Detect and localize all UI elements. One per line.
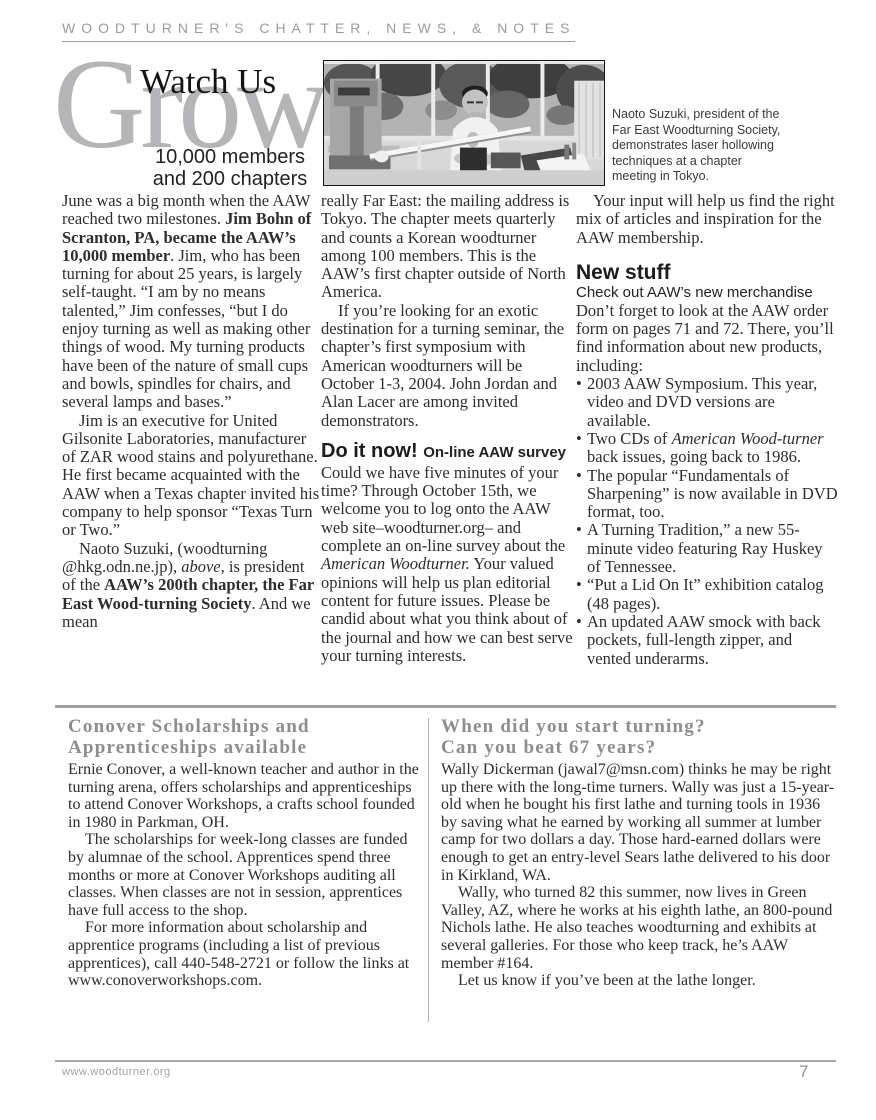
- product-bullet-item: 2003 AAW Symposium. This year, video and…: [576, 375, 839, 430]
- paragraph: June was a big month when the AAW reache…: [62, 192, 320, 412]
- paragraph: Your input will help us find the right m…: [576, 192, 839, 247]
- paragraph: For more information about scholarship a…: [68, 919, 422, 989]
- article-column-1: June was a big month when the AAW reache…: [62, 192, 320, 631]
- turning-age-section: When did you start turning? Can you beat…: [441, 716, 835, 990]
- merchandise-subheading: Check out AAW’s new merchandise: [576, 284, 839, 302]
- paragraph: If you’re looking for an exotic destinat…: [321, 302, 573, 430]
- conover-body: Ernie Conover, a well-known teacher and …: [68, 761, 422, 990]
- masthead-subtitle: 10,000 members and 200 chapters: [146, 146, 314, 190]
- column-divider-rule: [428, 718, 429, 1022]
- photo-illustration: [324, 61, 604, 185]
- do-it-now-heading: Do it now! On-line AAW survey: [321, 440, 573, 464]
- product-bullet-list: 2003 AAW Symposium. This year, video and…: [576, 375, 839, 668]
- paragraph: Naoto Suzuki, (woodturning @hkg.odn.ne.j…: [62, 540, 320, 631]
- chapter-meeting-photo: [323, 60, 605, 186]
- do-it-now-title: Do it now!: [321, 440, 418, 462]
- section-divider-rule: [55, 705, 836, 708]
- paragraph: Don’t forget to look at the AAW order fo…: [576, 302, 839, 375]
- product-bullet-item: Two CDs of American Wood-turner back iss…: [576, 430, 839, 467]
- footer-rule: [55, 1060, 836, 1062]
- magazine-page: WOODTURNER'S CHATTER, NEWS, & NOTES Grow…: [0, 0, 876, 1120]
- paragraph: The scholarships for week-long classes a…: [68, 831, 422, 919]
- new-stuff-heading: New stuff: [576, 261, 839, 284]
- page-number: 7: [799, 1062, 808, 1082]
- article-column-2: really Far East: the mailing address is …: [321, 192, 573, 665]
- conover-heading: Conover Scholarships and Apprenticeships…: [68, 716, 422, 758]
- paragraph: really Far East: the mailing address is …: [321, 192, 573, 302]
- paragraph: Let us know if you’ve been at the lathe …: [441, 972, 835, 990]
- masthead-watch-us: Watch Us: [140, 62, 276, 102]
- paragraph: Could we have five minutes of your time?…: [321, 464, 573, 665]
- footer-url: www.woodturner.org: [62, 1066, 171, 1078]
- paragraph: Jim is an executive for United Gilsonite…: [62, 412, 320, 540]
- conover-section: Conover Scholarships and Apprenticeships…: [68, 716, 422, 990]
- paragraph: Ernie Conover, a well-known teacher and …: [68, 761, 422, 831]
- product-bullet-item: An updated AAW smock with back pockets, …: [576, 613, 839, 668]
- paragraph: Wally Dickerman (jawal7@msn.com) thinks …: [441, 761, 835, 884]
- product-bullet-item: “Put a Lid On It” exhibition catalog (48…: [576, 576, 839, 613]
- product-bullet-item: A Turning Tradition,” a new 55-minute vi…: [576, 521, 839, 576]
- paragraph: Wally, who turned 82 this summer, now li…: [441, 884, 835, 972]
- survey-subtitle: On-line AAW survey: [423, 444, 566, 461]
- product-bullet-item: The popular “Fundamentals of Sharpening”…: [576, 467, 839, 522]
- turning-age-heading: When did you start turning? Can you beat…: [441, 716, 835, 758]
- article-column-3: Your input will help us find the right m…: [576, 192, 839, 668]
- turning-age-body: Wally Dickerman (jawal7@msn.com) thinks …: [441, 761, 835, 990]
- photo-caption: Naoto Suzuki, president of the Far East …: [612, 107, 846, 185]
